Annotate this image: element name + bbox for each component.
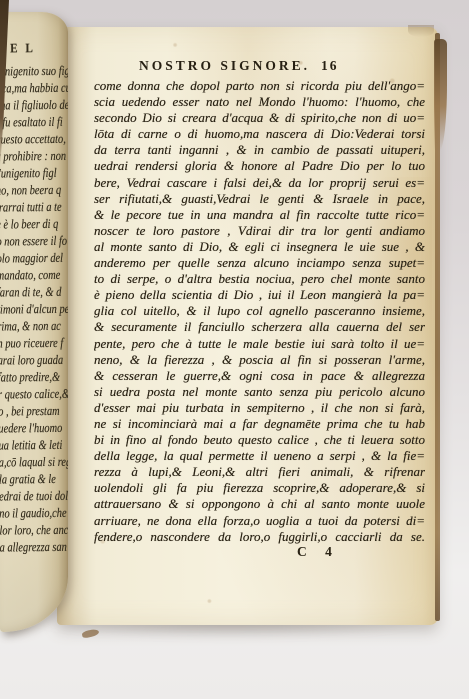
- left-body-text: l'unigenito suo figliisca,ma habbia cugn…: [0, 61, 68, 555]
- text-line: o non essere il fo: [0, 232, 68, 250]
- text-line: & securamente il fanciullo scherzera all…: [94, 319, 425, 335]
- text-line: scia uedendo esser nato nel Mondo l'huom…: [94, 94, 425, 110]
- text-line: rezza à lupi,& Leoni,& altri fieri anima…: [94, 464, 425, 480]
- text-line: noscer te loro pastore , Vdirai dir tra …: [94, 223, 425, 239]
- text-line: secondo Dio si creara d'acqua & di spiri…: [94, 110, 425, 126]
- text-line: uedere l'huomo: [0, 419, 68, 437]
- text-line: attrauersano & si oppongono à chi al san…: [94, 496, 425, 512]
- text-line: to di serpe, o d'altra bestia nociua, pe…: [94, 271, 425, 287]
- book-page-left: D E L l'unigenito suo figliisca,ma habbi…: [0, 12, 68, 632]
- text-line: lor loro, che anch: [0, 521, 68, 539]
- text-line: a allegrezza san: [0, 538, 68, 556]
- text-line: arriuare, ne dona ella forza,o uoglia a …: [94, 513, 425, 529]
- text-line: n puo riceuere f: [0, 334, 68, 352]
- text-line: gna il figliuolo del: [0, 96, 68, 114]
- text-line: & le pecore tue in una mandra al fin rac…: [94, 207, 425, 223]
- text-line: lōta di carne o di huomo,ma nascera di D…: [94, 126, 425, 142]
- text-line: d'esser mai piu turbata in sempiterno , …: [94, 400, 425, 416]
- left-page-text: D E L l'unigenito suo figliisca,ma habbi…: [0, 40, 68, 555]
- text-line: bi in fino al fondo beuto questo calice …: [94, 432, 425, 448]
- text-line: rima, & non ac: [0, 317, 68, 335]
- text-line: & cesseran le guerre,& ogni cosa in pace…: [94, 368, 425, 384]
- text-line: della legge, la qual permette il ueneno …: [94, 448, 425, 464]
- text-line: olo maggior del: [0, 249, 68, 267]
- book-page-right: NOSTRO SIGNORE. 16 come donna che dopol …: [57, 27, 438, 625]
- text-line: neno, & la fierezza , & poscia al fin si…: [94, 352, 425, 368]
- text-line: fendere,o nascondere da loro,o fuggirli,…: [94, 529, 425, 545]
- text-line: a,cō laqual si reg: [0, 453, 68, 471]
- text-line: questo accettato,: [0, 130, 68, 148]
- text-line: l'unigenito figl: [0, 164, 68, 182]
- text-line: arai loro guada: [0, 351, 68, 369]
- left-running-title: D E L: [0, 41, 68, 63]
- text-line: uedrai rendersi gloria & honore al Padre…: [94, 158, 425, 174]
- text-line: o , bei prestam: [0, 402, 68, 420]
- text-line: no il gaudio,che: [0, 504, 68, 522]
- text-line: no, non beera q: [0, 181, 68, 199]
- text-line: faran di te, & d: [0, 283, 68, 301]
- text-line: timoni d'alcun pe: [0, 300, 68, 318]
- text-line: r questo calice,&: [0, 385, 68, 403]
- page-number: 16: [321, 58, 339, 74]
- text-line: l'unigenito suo figli: [0, 62, 68, 80]
- page-header: NOSTRO SIGNORE. 16: [57, 58, 438, 76]
- text-line: si uedra posta nel monte santo senza piu…: [94, 384, 425, 400]
- text-line: glia col uitello, & il lupo col agnello …: [94, 303, 425, 319]
- text-line: mandato, come: [0, 266, 68, 284]
- text-line: e è lo beer di q: [0, 215, 68, 233]
- text-line: bere, Vedrai cascare i falsi dei,& da lo…: [94, 175, 425, 191]
- text-line: uolendoli gli fa piu fierezza scoprire,&…: [94, 480, 425, 496]
- text-line: edrai de tuoi dol: [0, 487, 68, 505]
- body-text: come donna che dopol parto non si ricord…: [94, 78, 425, 545]
- text-line: ne si incominciarà mai a far degnamēte p…: [94, 416, 425, 432]
- text-line: è pieno della scientia di Dio , iui il L…: [94, 287, 425, 303]
- text-line: fatto predire,&: [0, 368, 68, 386]
- signature-mark: C 4: [297, 544, 333, 560]
- fore-edge-stain: [434, 39, 447, 151]
- text-line: da terra tanti inganni , & in cambio de …: [94, 142, 425, 158]
- text-line: la gratia & le: [0, 470, 68, 488]
- text-line: al monte santo di Dio, & egli ci insegne…: [94, 239, 425, 255]
- corner-wear: [408, 25, 434, 37]
- book-photograph: NOSTRO SIGNORE. 16 come donna che dopol …: [0, 0, 469, 699]
- text-line: a prohibire : non f: [0, 147, 68, 165]
- text-line: trarrai tutti a te: [0, 198, 68, 216]
- text-line: ser rifiutati,& guasti,Vedrai le genti &…: [94, 191, 425, 207]
- text-line: come donna che dopol parto non si ricord…: [94, 78, 425, 94]
- text-line: isca,ma habbia cu: [0, 79, 68, 97]
- running-title: NOSTRO SIGNORE.: [139, 58, 310, 74]
- text-line: è fu esaltato il fi: [0, 113, 68, 131]
- text-line: pente, pero che à tutte le male bestie i…: [94, 336, 425, 352]
- text-line: anderemo per quelle senza alcuno inciamp…: [94, 255, 425, 271]
- text-line: ua letitia & leti: [0, 436, 68, 454]
